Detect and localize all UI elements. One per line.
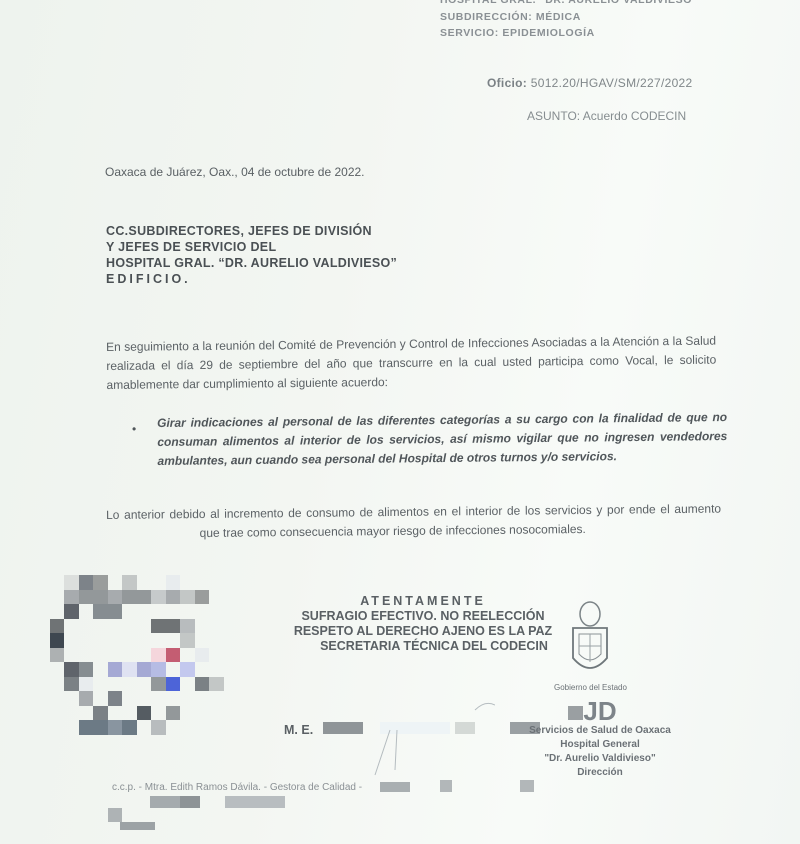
stamp-line-3: "Dr. Aurelio Valdivieso" xyxy=(520,752,680,766)
redacted-seal xyxy=(35,575,255,735)
gov-label: Gobierno del Estado xyxy=(554,681,627,695)
pixel-cell xyxy=(180,590,195,605)
pixel-cell xyxy=(137,706,152,721)
redacted-cc-3 xyxy=(520,780,534,792)
direction-stamp: JD Servicios de Salud de Oaxaca Hospital… xyxy=(520,698,680,780)
redacted-cc-5 xyxy=(180,796,200,808)
atentamente: ATENTAMENTE xyxy=(278,594,568,609)
pixel-cell xyxy=(79,662,94,677)
recipient-line-3: HOSPITAL GRAL. “DR. AURELIO VALDIVIESO” xyxy=(106,255,397,271)
pixel-cell xyxy=(166,677,181,692)
pixel-cell xyxy=(108,691,123,706)
recipient-line-4: EDIFICIO. xyxy=(106,271,397,287)
stamp-line-4: Dirección xyxy=(520,766,680,780)
pixel-cell xyxy=(180,619,195,634)
pixel-cell xyxy=(108,590,123,605)
motto-2: RESPETO AL DERECHO AJENO ES LA PAZ xyxy=(278,624,568,639)
pixel-cell xyxy=(64,604,79,619)
pixel-cell xyxy=(64,575,79,590)
pixel-cell xyxy=(79,691,94,706)
pixel-cell xyxy=(195,648,210,663)
hospital-header-line: HOSPITAL GRAL. "DR. AURELIO VALDIVIESO" xyxy=(440,0,698,6)
asunto-line: ASUNTO: Acuerdo CODECIN xyxy=(527,109,686,123)
date-line: Oaxaca de Juárez, Oax., 04 de octubre de… xyxy=(105,165,365,179)
pixel-cell xyxy=(166,590,181,605)
closing-start: Lo anterior debido al incremento de cons… xyxy=(106,502,721,522)
pixel-cell xyxy=(209,677,224,692)
signature-stroke xyxy=(355,690,495,780)
pixel-cell xyxy=(93,604,108,619)
pixel-cell xyxy=(166,648,181,663)
pixel-cell xyxy=(137,590,152,605)
pixel-cell xyxy=(122,575,137,590)
redacted-cc-4 xyxy=(150,796,180,808)
pixel-cell xyxy=(64,662,79,677)
signer-name-prefix: M. E. xyxy=(284,723,313,738)
pixel-cell xyxy=(166,619,181,634)
pixel-cell xyxy=(79,677,94,692)
stamp-line-1: Servicios de Salud de Oaxaca xyxy=(520,724,680,738)
pixel-cell xyxy=(108,604,123,619)
redacted-cc-7 xyxy=(108,808,122,822)
recipient-block: CC.SUBDIRECTORES, JEFES DE DIVISIÓN Y JE… xyxy=(106,223,397,287)
pixel-cell xyxy=(151,590,166,605)
pixel-cell xyxy=(93,720,108,735)
subdireccion-line: SUBDIRECCIÓN: MÉDICA xyxy=(440,11,581,23)
pixel-cell xyxy=(108,720,123,735)
motto-1: SUFRAGIO EFECTIVO. NO REELECCIÓN xyxy=(278,609,568,624)
pixel-cell xyxy=(108,662,123,677)
pixel-cell xyxy=(180,662,195,677)
pixel-cell xyxy=(50,648,65,663)
pixel-cell xyxy=(166,706,181,721)
pixel-cell xyxy=(151,662,166,677)
pixel-cell xyxy=(50,619,65,634)
stamp-line-2: Hospital General xyxy=(520,738,680,752)
pixel-cell xyxy=(122,662,137,677)
coat-of-arms-icon xyxy=(565,600,615,680)
pixel-cell xyxy=(93,706,108,721)
oficio-label: Oficio: xyxy=(487,76,527,90)
pixel-cell xyxy=(79,575,94,590)
redacted-cc-8 xyxy=(120,822,155,830)
pixel-cell xyxy=(64,590,79,605)
redacted-text xyxy=(106,537,196,538)
oficio-number: 5012.20/HGAV/SM/227/2022 xyxy=(531,76,693,90)
cc-line: c.c.p. - Mtra. Edith Ramos Dávila. - Ges… xyxy=(112,782,362,793)
pixel-cell xyxy=(180,633,195,648)
pixel-cell xyxy=(151,720,166,735)
pixel-cell xyxy=(122,590,137,605)
pixel-cell xyxy=(122,720,137,735)
pixel-cell xyxy=(79,590,94,605)
pixel-cell xyxy=(50,633,65,648)
oficio-reference: Oficio: 5012.20/HGAV/SM/227/2022 xyxy=(487,76,693,90)
redacted-cc-2 xyxy=(440,780,452,792)
bullet-dot: • xyxy=(132,422,136,436)
agreement-bullet: Girar indicaciones al personal de las di… xyxy=(157,408,728,471)
pixel-cell xyxy=(93,590,108,605)
pixel-cell xyxy=(195,590,210,605)
pixel-cell xyxy=(151,619,166,634)
signer-role: SECRETARIA TÉCNICA DEL CODECIN xyxy=(278,639,568,654)
pixel-cell xyxy=(64,677,79,692)
stamp-initials: JD xyxy=(520,698,680,724)
pixel-cell xyxy=(166,575,181,590)
intro-paragraph: En seguimiento a la reunión del Comité d… xyxy=(106,332,717,395)
pixel-cell xyxy=(79,720,94,735)
pixel-cell xyxy=(137,662,152,677)
pixel-cell xyxy=(93,575,108,590)
closing-end: que trae como consecuencia mayor riesgo … xyxy=(200,522,586,540)
closing-paragraph: Lo anterior debido al incremento de cons… xyxy=(106,500,721,544)
redacted-cc-1 xyxy=(380,782,410,792)
pixel-cell xyxy=(151,648,166,663)
pixel-cell xyxy=(151,677,166,692)
servicio-line: SERVICIO: EPIDEMIOLOGÍA xyxy=(440,27,595,39)
signature-block: ATENTAMENTE SUFRAGIO EFECTIVO. NO REELEC… xyxy=(278,594,568,654)
redacted-cc-6 xyxy=(225,796,285,808)
recipient-line-2: Y JEFES DE SERVICIO DEL xyxy=(106,239,397,255)
pixel-cell xyxy=(195,677,210,692)
recipient-line-1: CC.SUBDIRECTORES, JEFES DE DIVISIÓN xyxy=(106,223,397,239)
